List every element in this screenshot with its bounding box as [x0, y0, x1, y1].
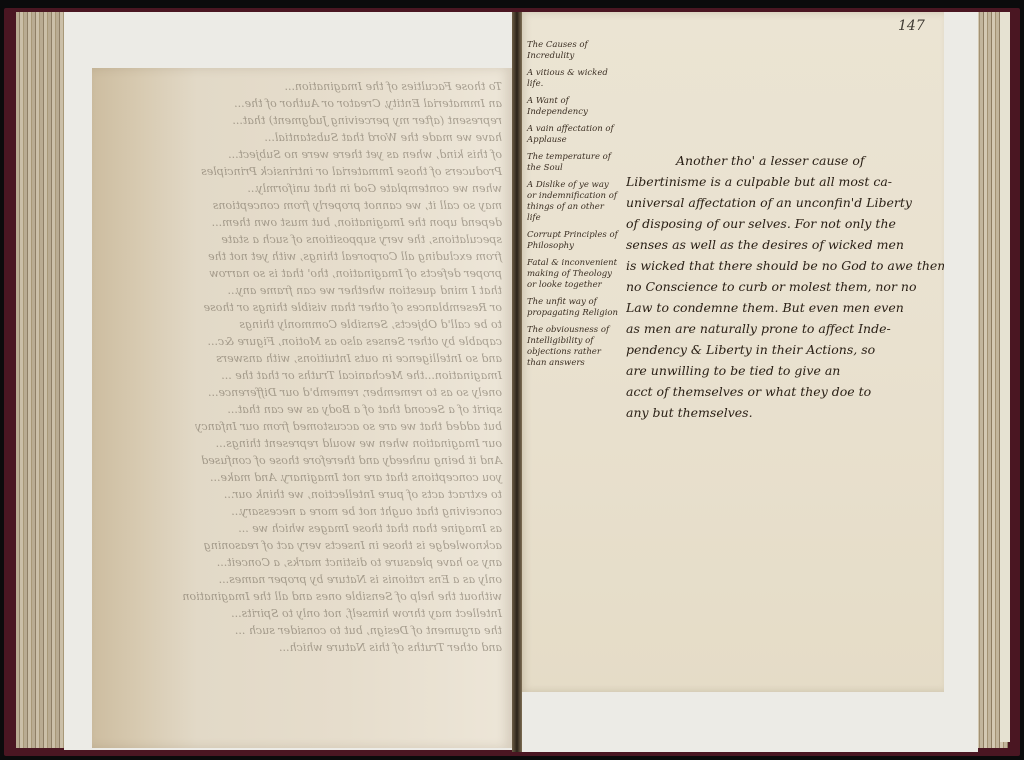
left-page-bleed-through-text: To those Faculties of the Imagination...… — [122, 78, 502, 656]
marginal-note: The obviousness of Intelligibility of ob… — [527, 325, 619, 369]
text-line: universal affectation of an unconfin'd L… — [626, 192, 944, 213]
marginal-note: Corrupt Principles of Philosophy — [527, 230, 619, 252]
text-line: senses as well as the desires of wicked … — [626, 234, 944, 255]
text-line: any but themselves. — [626, 402, 944, 423]
marginal-note: A Want of Independency — [527, 96, 619, 118]
right-endsheet — [1000, 12, 1010, 742]
text-line: are unwilling to be tied to give an — [626, 360, 944, 381]
text-line: as men are naturally prone to affect Ind… — [626, 318, 944, 339]
text-line: is wicked that there should be no God to… — [626, 255, 944, 276]
marginal-note: A Dislike of ye way or indemnification o… — [527, 180, 619, 224]
marginal-note: A vitious & wicked life. — [527, 68, 619, 90]
main-text-block: Another tho' a lesser cause of Libertini… — [626, 150, 944, 423]
text-line: acct of themselves or what they doe to — [626, 381, 944, 402]
marginal-note: A vain affectation of Applause — [527, 124, 619, 146]
marginal-note: The Causes of Incredulity — [527, 40, 619, 62]
text-line: Law to condemne them. But even men even — [626, 297, 944, 318]
book-gutter — [512, 12, 522, 752]
text-line: Libertinisme is a culpable but all most … — [626, 171, 944, 192]
page-number: 147 — [898, 18, 925, 34]
text-line: of disposing of our selves. For not only… — [626, 213, 944, 234]
marginal-note: The unfit way of propagating Religion — [527, 297, 619, 319]
marginal-note: Fatal & inconvenient making of Theology … — [527, 258, 619, 291]
marginal-notes: The Causes of Incredulity A vitious & wi… — [527, 40, 619, 375]
left-manuscript-page: To those Faculties of the Imagination...… — [92, 68, 512, 748]
text-line: Another tho' a lesser cause of — [626, 150, 944, 171]
text-line: no Conscience to curb or molest them, no… — [626, 276, 944, 297]
text-line: pendency & Liberty in their Actions, so — [626, 339, 944, 360]
marginal-note: The temperature of the Soul — [527, 152, 619, 174]
